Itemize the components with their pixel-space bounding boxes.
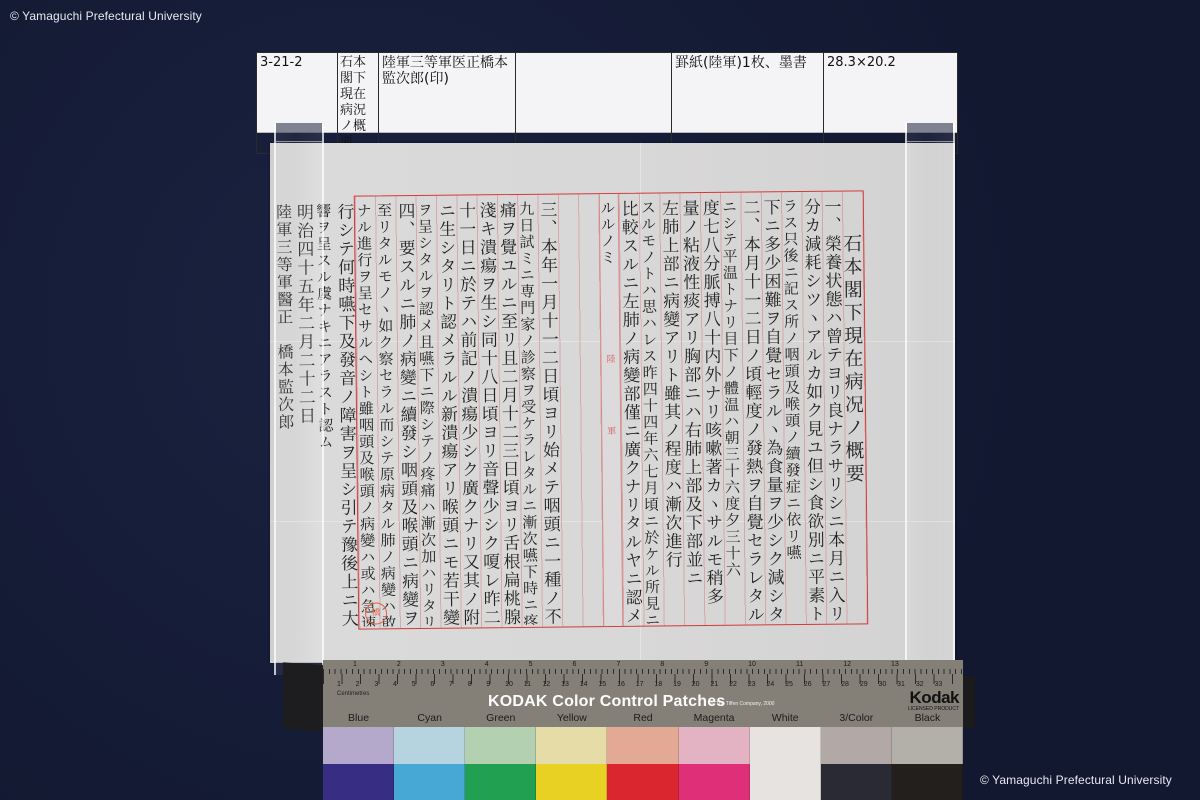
patch-label-black: Black <box>892 712 963 724</box>
cm-tick-label: 3 <box>374 681 393 691</box>
cm-tick-label: 15 <box>598 681 617 691</box>
patch-label-white: White <box>750 712 821 724</box>
inch-tick-label: 1 <box>353 661 357 668</box>
patch-light-black <box>892 727 963 764</box>
inch-tick-label: 10 <box>748 661 756 668</box>
patch-light-magenta <box>679 727 750 764</box>
patch-light-3-color <box>821 727 892 764</box>
catalog-author: 陸軍三等軍医正橋本監次郎(印) <box>379 53 516 154</box>
cm-tick-label: 23 <box>748 681 767 691</box>
patch-dark-red <box>607 764 678 800</box>
cm-tick-label: 14 <box>580 681 599 691</box>
inch-tick-label: 12 <box>843 661 851 668</box>
patch-dark-yellow <box>536 764 607 800</box>
inch-tick-label: 7 <box>616 661 620 668</box>
cm-tick-label: 1 <box>337 681 356 691</box>
red-seal: 橋 <box>365 602 387 624</box>
patch-label-blue: Blue <box>323 712 394 724</box>
cm-tick-label: 22 <box>729 681 748 691</box>
inch-tick-label: 11 <box>796 661 803 668</box>
patch-label-cyan: Cyan <box>394 712 465 724</box>
cm-tick-label: 5 <box>412 681 431 691</box>
patch-dark-green <box>465 764 536 800</box>
patch-dark-magenta <box>679 764 750 800</box>
inch-tick-label: 13 <box>891 661 899 668</box>
catalog-title: 石本閣下現在病況ノ概要 <box>338 53 379 154</box>
cm-tick-label: 13 <box>561 681 580 691</box>
patch-light-white <box>750 727 821 764</box>
patch-dark-blue <box>323 764 394 800</box>
inch-tick-label: 2 <box>397 661 401 668</box>
patch-light-yellow <box>536 727 607 764</box>
cm-tick-label: 30 <box>878 681 897 691</box>
catalog-label: 3-21-2 石本閣下現在病況ノ概要 陸軍三等軍医正橋本監次郎(印) 罫紙(陸軍… <box>256 52 958 133</box>
color-patches <box>323 727 963 800</box>
patch-dark-white <box>750 764 821 800</box>
ruler-caption: Centimetres <box>337 691 369 697</box>
document-sheet: 陸 軍 石本閣下現在病况ノ概要一、榮養状態ハ曾テヨリ良ナラサリシニ本月ニ入リテハ… <box>270 143 955 663</box>
kodak-color-chart: 12345678910111213 1234567891011121314151… <box>323 660 963 800</box>
patch-label-magenta: Magenta <box>679 712 750 724</box>
patch-label-green: Green <box>465 712 536 724</box>
copyright-top-left: © Yamaguchi Prefectural University <box>10 9 202 23</box>
inch-tick-label: 4 <box>485 661 489 668</box>
patch-dark-black <box>892 764 963 800</box>
cm-tick-label: 20 <box>692 681 711 691</box>
kodak-logo: Kodak LICENSED PRODUCT <box>908 688 959 712</box>
cm-tick-label: 18 <box>654 681 673 691</box>
cm-tick-label: 9 <box>486 681 505 691</box>
cm-tick-label: 21 <box>710 681 729 691</box>
patch-dark-3-color <box>821 764 892 800</box>
patch-light-red <box>607 727 678 764</box>
catalog-blank-cell <box>516 53 672 154</box>
cm-tick-labels: 1234567891011121314151617181920212223242… <box>337 681 953 691</box>
patch-dark-cyan <box>394 764 465 800</box>
cm-tick-label: 6 <box>430 681 449 691</box>
cm-tick-label: 24 <box>766 681 785 691</box>
patch-light-cyan <box>394 727 465 764</box>
cm-tick-label: 7 <box>449 681 468 691</box>
cm-tick-label: 10 <box>505 681 524 691</box>
patch-label-yellow: Yellow <box>536 712 607 724</box>
cm-tick-label: 27 <box>822 681 841 691</box>
inch-tick-label: 6 <box>573 661 577 668</box>
cm-tick-label: 25 <box>785 681 804 691</box>
patch-label-3-color: 3/Color <box>821 712 892 724</box>
cm-tick-label: 19 <box>673 681 692 691</box>
copyright-bottom-right: © Yamaguchi Prefectural University <box>980 773 1172 787</box>
brand-name: Kodak <box>908 688 959 708</box>
inch-tick-label: 8 <box>660 661 664 668</box>
cm-tick-label: 11 <box>524 681 543 691</box>
inch-tick-label: 3 <box>441 661 445 668</box>
handwritten-text: 石本閣下現在病况ノ概要一、榮養状態ハ曾テヨリ良ナラサリシニ本月ニ入リテハ日々幾分… <box>357 193 865 626</box>
patch-light-green <box>465 727 536 764</box>
cm-tick-label: 8 <box>468 681 487 691</box>
cm-tick-label: 28 <box>841 681 860 691</box>
patch-label-red: Red <box>607 712 678 724</box>
patch-light-blue <box>323 727 394 764</box>
text-column: 石本閣下現在病况ノ概要 <box>840 193 865 621</box>
cm-tick-label: 17 <box>636 681 655 691</box>
inch-tick-label: 5 <box>529 661 533 668</box>
patch-labels: BlueCyanGreenYellowRedMagentaWhite3/Colo… <box>323 712 963 724</box>
cm-tick-label: 16 <box>617 681 636 691</box>
catalog-material: 罫紙(陸軍)1枚、墨書 <box>672 53 824 154</box>
inch-tick-label: 9 <box>704 661 708 668</box>
right-clear-clip <box>905 123 955 675</box>
text-column: 三、本年一月十一二日頃ヨリ始メテ咽頭ニ一種ノ不快感アリ同月二十 <box>536 197 561 625</box>
inch-tick-labels: 12345678910111213 <box>353 661 899 668</box>
catalog-table: 3-21-2 石本閣下現在病況ノ概要 陸軍三等軍医正橋本監次郎(印) 罫紙(陸軍… <box>256 52 958 154</box>
chart-copyright: © The Tiffen Company, 2000 <box>711 701 774 707</box>
cm-tick-label: 26 <box>804 681 823 691</box>
ruled-frame: 陸 軍 石本閣下現在病况ノ概要一、榮養状態ハ曾テヨリ良ナラサリシニ本月ニ入リテハ… <box>354 190 869 629</box>
chart-title: KODAK Color Control Patches <box>488 693 725 711</box>
cm-tick-label: 29 <box>860 681 879 691</box>
cm-tick-label: 12 <box>542 681 561 691</box>
left-clear-clip <box>274 123 324 675</box>
cm-tick-label: 4 <box>393 681 412 691</box>
cm-tick-label: 2 <box>356 681 375 691</box>
